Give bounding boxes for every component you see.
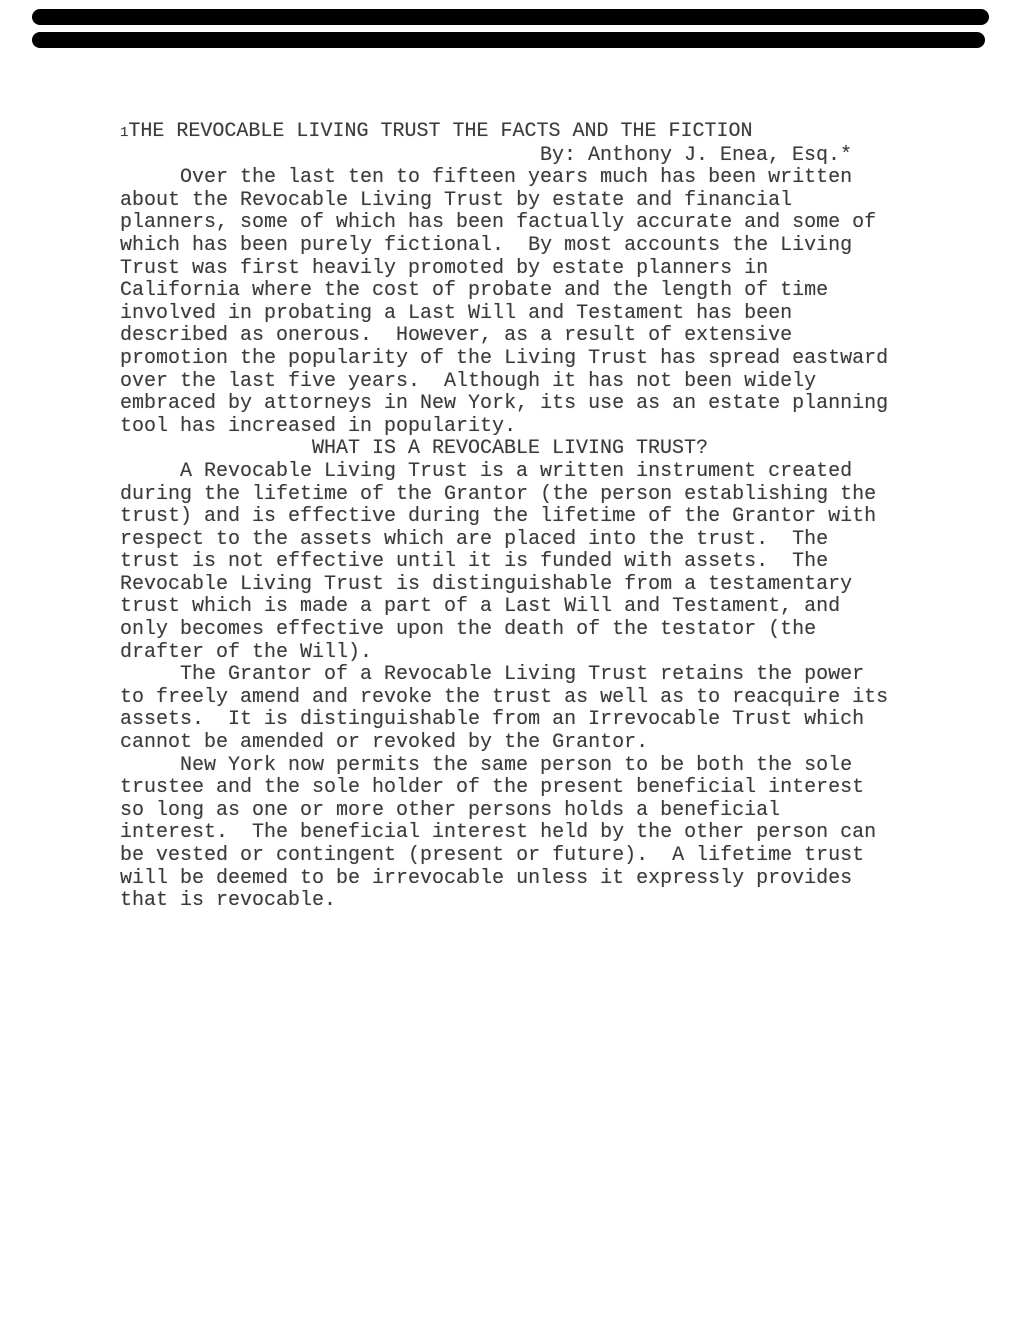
paragraph: New York now permits the same person to … (120, 755, 888, 913)
redaction-bar (32, 9, 989, 25)
paragraph: A Revocable Living Trust is a written in… (120, 461, 888, 664)
paragraph: Over the last ten to fifteen years much … (120, 167, 888, 438)
byline: By: Anthony J. Enea, Esq.* (120, 145, 888, 168)
document-page: 1THE REVOCABLE LIVING TRUST THE FACTS AN… (0, 0, 1020, 1320)
paragraph: The Grantor of a Revocable Living Trust … (120, 664, 888, 754)
section-heading: WHAT IS A REVOCABLE LIVING TRUST? (120, 438, 888, 461)
redaction-bar (32, 32, 985, 48)
document-title: 1THE REVOCABLE LIVING TRUST THE FACTS AN… (120, 121, 888, 145)
document-body: 1THE REVOCABLE LIVING TRUST THE FACTS AN… (120, 121, 888, 913)
document-title-text: THE REVOCABLE LIVING TRUST THE FACTS AND… (128, 120, 752, 143)
